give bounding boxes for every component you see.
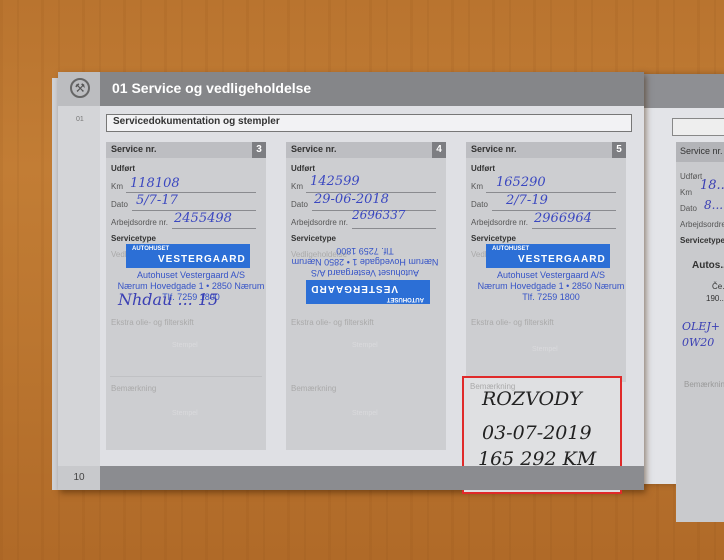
note-line2: 03-07-2019: [482, 422, 592, 444]
label-udfort: Udført: [291, 164, 315, 173]
label-bemaerkning: Bemærkning: [684, 380, 724, 389]
header-icon-box: ⚒: [58, 72, 100, 106]
stamp-big: VESTERGAARD: [158, 254, 246, 265]
stamp-small: AUTOHUSET: [387, 296, 424, 302]
stamp-line3: Tlf. 7259 1800: [476, 292, 626, 302]
km-value: 165290: [496, 175, 546, 190]
service-card-3: Service nr.3 Udført Km 118108 Dato 5/7-1…: [106, 142, 266, 450]
label-km: Km: [291, 182, 303, 191]
service-number: 5: [612, 142, 626, 158]
stamp-logo: AUTOHUSETVESTERGAARD: [126, 244, 250, 268]
label-ekstra: Ekstra olie- og filterskift: [471, 318, 554, 327]
wrench-icon: ⚒: [70, 78, 90, 98]
order-value: 2966964: [534, 211, 592, 226]
signature: Nhdau ... 15: [118, 290, 218, 309]
order-value: 2696337: [352, 208, 405, 222]
stempel-placeholder: Stempel: [532, 346, 558, 353]
note-line1: ROZVODY: [482, 388, 582, 410]
label-bemaerkning: Bemærkning: [111, 384, 156, 393]
card-header: Service nr.4: [286, 142, 446, 158]
stempel-placeholder: Stempel: [352, 342, 378, 349]
order-line: [352, 228, 436, 229]
order-line: [172, 228, 256, 229]
label-arbejdsordre: Arbejdsordre: [680, 220, 724, 229]
label-servicetype: Servicetype: [291, 234, 336, 243]
label-udfort: Udført: [471, 164, 495, 173]
stempel-placeholder: Stempel: [172, 410, 198, 417]
stamp-small: AUTOHUSET: [132, 246, 169, 252]
label-servicetype: Servicetype: [471, 234, 516, 243]
service-nr-label: Service nr.: [111, 144, 157, 154]
label-dato: Dato: [111, 200, 128, 209]
oil-note: OLEJ+: [682, 320, 720, 333]
stamp-line1: Autohuset Vestergaard A/S: [116, 270, 266, 280]
km-value: 18...: [700, 178, 724, 193]
service-nr-label: Service nr.: [471, 144, 517, 154]
stamp-text: Autos...: [692, 260, 724, 271]
order-line: [532, 228, 616, 229]
label-km: Km: [680, 188, 692, 197]
stempel-placeholder: Stempel: [352, 410, 378, 417]
label-dato: Dato: [471, 200, 488, 209]
label-ekstra: Ekstra olie- og filterskift: [111, 318, 194, 327]
label-arbejdsordre: Arbejdsordre nr.: [471, 218, 528, 227]
stamp-big: VESTERGAARD: [310, 283, 398, 294]
label-arbejdsordre: Arbejdsordre nr.: [111, 218, 168, 227]
stamp-logo: AUTOHUSETVESTERGAARD: [306, 280, 430, 304]
km-value: 142599: [310, 174, 360, 189]
stamp-logo: AUTOHUSETVESTERGAARD: [486, 244, 610, 268]
dealer-stamp-upside-down: AUTOHUSETVESTERGAARD Autohuset Vestergaa…: [306, 250, 430, 304]
label-servicetype: Servicetype: [111, 234, 156, 243]
label-dato: Dato: [680, 204, 697, 213]
order-value: 2455498: [174, 211, 232, 226]
label-udfort: Udført: [680, 172, 702, 181]
date-value: 29-06-2018: [314, 192, 389, 207]
card-header: Service nr.: [676, 142, 724, 162]
card-header: Service nr.5: [466, 142, 626, 158]
dealer-stamp: AUTOHUSETVESTERGAARD Autohuset Vestergaa…: [486, 244, 610, 298]
stamp-line: Če...: [712, 282, 724, 291]
page-number: 10: [58, 466, 100, 490]
divider: [110, 376, 262, 377]
stamp-line3: Tlf. 7259 1800: [290, 246, 440, 256]
footer-bar: [58, 466, 644, 490]
date-value: 5/7-17: [136, 193, 178, 208]
label-dato: Dato: [291, 200, 308, 209]
stamp-small: AUTOHUSET: [492, 246, 529, 252]
stamp-line1: Autohuset Vestergaard A/S: [290, 268, 440, 278]
label-km: Km: [471, 182, 483, 191]
label-arbejdsordre: Arbejdsordre nr.: [291, 218, 348, 227]
right-page: Service nr. Udført Km 18... Dato 8... Ar…: [640, 74, 724, 484]
date-value: 2/7-19: [506, 193, 548, 208]
stamp-line1: Autohuset Vestergaard A/S: [476, 270, 626, 280]
service-number: 4: [432, 142, 446, 158]
page-title: 01 Service og vedligeholdelse: [112, 80, 311, 96]
side-tab-number: 01: [76, 116, 84, 123]
service-book-page: ⚒ 01 Service og vedligeholdelse 01 Servi…: [58, 72, 644, 490]
service-card-5: Service nr.5 Udført Km 165290 Dato 2/7-1…: [466, 142, 626, 382]
label-bemaerkning: Bemærkning: [291, 384, 336, 393]
oil-note: 0W20: [682, 336, 714, 349]
stempel-placeholder: Stempel: [172, 342, 198, 349]
km-value: 118108: [130, 176, 180, 191]
stamp-line2: Nærum Hovedgade 1 • 2850 Nærum: [476, 281, 626, 291]
service-number: 3: [252, 142, 266, 158]
label-udfort: Udført: [111, 164, 135, 173]
stamp-line: 190...: [706, 294, 724, 303]
section-subtitle: Servicedokumentation og stempler: [106, 114, 632, 132]
card-header: Service nr.3: [106, 142, 266, 158]
service-nr-label: Service nr.: [291, 144, 337, 154]
stamp-big: VESTERGAARD: [518, 254, 606, 265]
side-strip: [58, 106, 100, 466]
right-page-header: [640, 74, 724, 108]
label-ekstra: Ekstra olie- og filterskift: [291, 318, 374, 327]
stamp-line2: Nærum Hovedgade 1 • 2850 Nærum: [290, 257, 440, 267]
right-page-subtitle-box: [672, 118, 724, 136]
service-card-4: Service nr.4 Udført Km 142599 Dato 29-06…: [286, 142, 446, 450]
date-value: 8...: [704, 198, 723, 212]
label-km: Km: [111, 182, 123, 191]
label-servicetype: Servicetype: [680, 236, 724, 245]
